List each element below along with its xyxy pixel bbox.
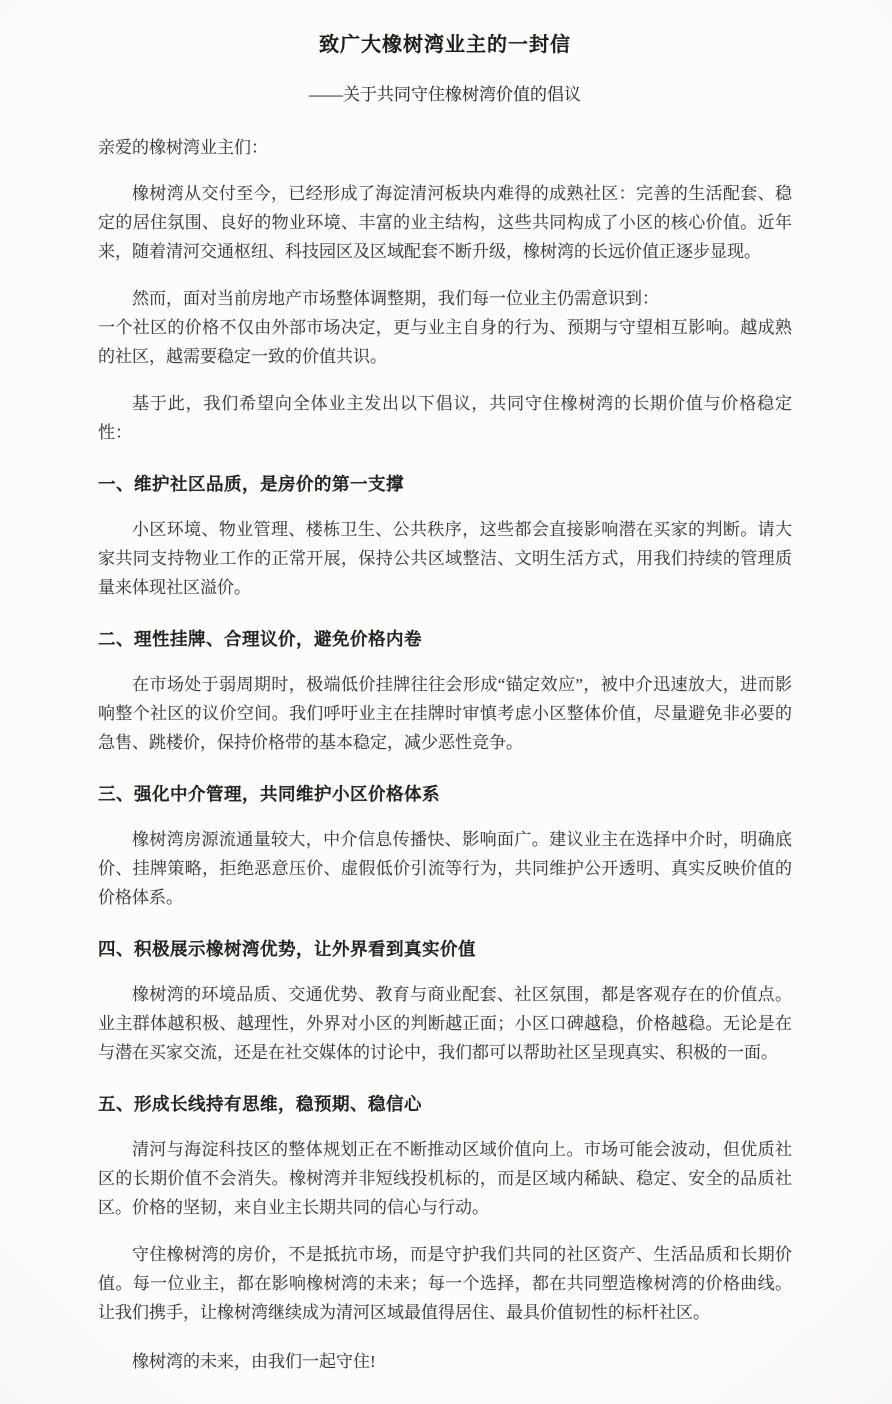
letter-title: 致广大橡树湾业主的一封信: [98, 32, 792, 58]
letter-subtitle: ——关于共同守住橡树湾价值的倡议: [98, 83, 792, 107]
section-1-heading: 一、维护社区品质，是房价的第一支撑: [98, 472, 792, 497]
section-2-heading: 二、理性挂牌、合理议价，避免价格内卷: [98, 627, 792, 652]
section-3-body: 橡树湾房源流通量较大，中介信息传播快、影响面广。建议业主在选择中介时，明确底价、…: [98, 825, 792, 912]
intro-paragraph-1: 橡树湾从交付至今，已经形成了海淀清河板块内难得的成熟社区：完善的生活配套、稳定的…: [98, 179, 792, 266]
section-2-body: 在市场处于弱周期时，极端低价挂牌往往会形成“锚定效应”，被中介迅速放大，进而影响…: [98, 670, 792, 757]
closing-paragraph: 守住橡树湾的房价，不是抵抗市场，而是守护我们共同的社区资产、生活品质和长期价值。…: [98, 1240, 792, 1327]
section-5-body: 清河与海淀科技区的整体规划正在不断推动区域价值向上。市场可能会波动，但优质社区的…: [98, 1135, 792, 1222]
intro-paragraph-2-line-1: 然而，面对当前房地产市场整体调整期，我们每一位业主仍需意识到：: [132, 289, 659, 308]
section-3-heading: 三、强化中介管理，共同维护小区价格体系: [98, 782, 792, 807]
intro-paragraph-2: 然而，面对当前房地产市场整体调整期，我们每一位业主仍需意识到：一个社区的价格不仅…: [98, 284, 792, 371]
section-5-heading: 五、形成长线持有思维，稳预期、稳信心: [98, 1092, 792, 1117]
section-4-heading: 四、积极展示橡树湾优势，让外界看到真实价值: [98, 937, 792, 962]
letter-page: 致广大橡树湾业主的一封信 ——关于共同守住橡树湾价值的倡议 亲爱的橡树湾业主们：…: [0, 0, 892, 1404]
intro-paragraph-2-line-2: 一个社区的价格不仅由外部市场决定，更与业主自身的行为、预期与守望相互影响。越成熟…: [98, 313, 792, 371]
salutation: 亲爱的橡树湾业主们：: [98, 135, 792, 161]
closing-final-line: 橡树湾的未来，由我们一起守住!: [98, 1347, 792, 1376]
section-4-body: 橡树湾的环境品质、交通优势、教育与商业配套、社区氛围，都是客观存在的价值点。业主…: [98, 980, 792, 1067]
intro-paragraph-3: 基于此，我们希望向全体业主发出以下倡议，共同守住橡树湾的长期价值与价格稳定性：: [98, 389, 792, 447]
section-1-body: 小区环境、物业管理、楼栋卫生、公共秩序，这些都会直接影响潜在买家的判断。请大家共…: [98, 515, 792, 602]
